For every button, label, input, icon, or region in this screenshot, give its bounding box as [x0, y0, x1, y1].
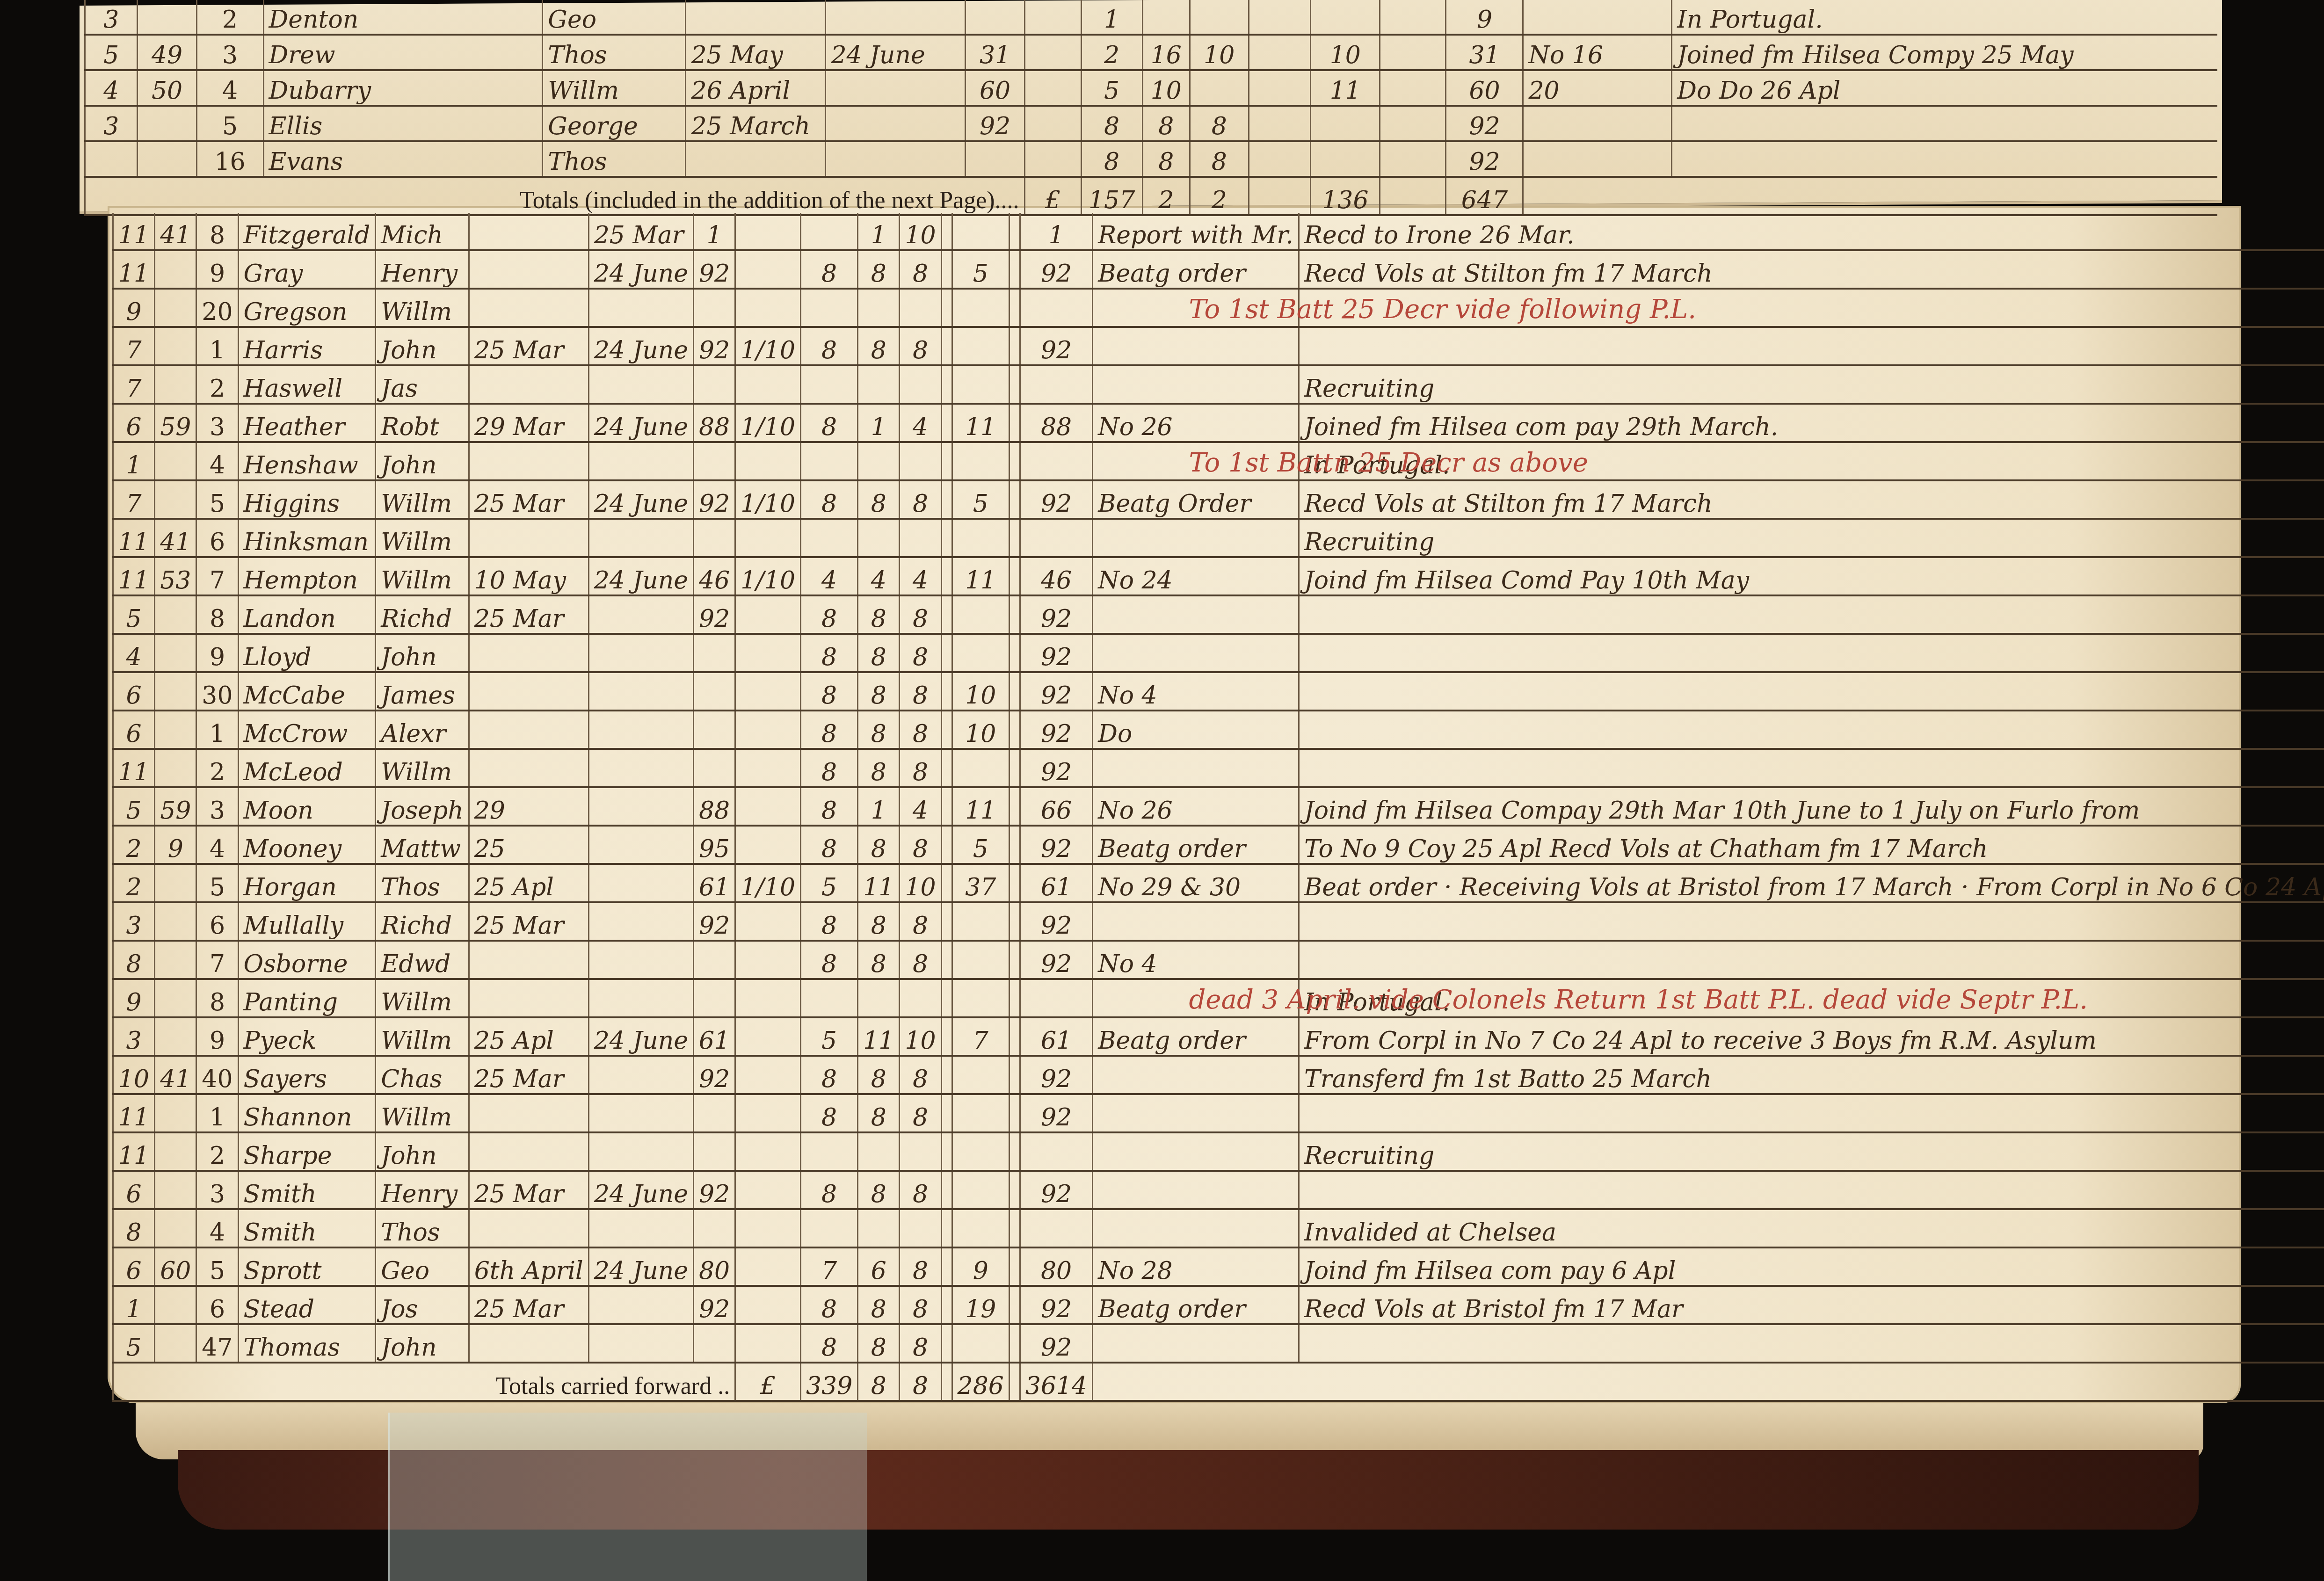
cell-days: [966, 141, 1024, 177]
cell-shillings: 8: [858, 826, 900, 864]
cell-ref: No 24: [1093, 557, 1299, 595]
cell-pence: 8: [1190, 141, 1249, 177]
cell-surname: Shannon: [238, 1094, 376, 1132]
cell-to: [588, 902, 693, 941]
cell-shillings: 8: [858, 480, 900, 519]
cell-ref: [1093, 519, 1299, 557]
cell-first: John: [376, 1132, 469, 1171]
cell-c4: 92: [1020, 1094, 1092, 1132]
cell-n2: 41: [155, 213, 196, 250]
cell-surname: Gregson: [238, 289, 376, 327]
cell-pence: 8: [900, 1247, 941, 1286]
cell-n2: [155, 1094, 196, 1132]
cell-pence: 4: [900, 557, 941, 595]
cell-pounds: [800, 442, 857, 480]
cell-no: 3: [196, 787, 238, 826]
cell-pence: 8: [900, 634, 941, 672]
cell-from: 25 Mar: [469, 902, 588, 941]
cell-first: Geo: [376, 1247, 469, 1286]
cell-n2: [155, 1324, 196, 1363]
cell-c4: 92: [1020, 826, 1092, 864]
cell-c2: [952, 1209, 1009, 1247]
cell-c3: [1009, 826, 1020, 864]
cell-first: Willm: [376, 289, 469, 327]
cell-remarks: Joind fm Hilsea com pay 6 Apl: [1299, 1247, 2324, 1286]
cell-c1: [941, 365, 952, 404]
cell-c2: [1311, 141, 1380, 177]
cell-days: 92: [694, 1171, 735, 1209]
cell-pence: [900, 1209, 941, 1247]
cell-pounds: 5: [1081, 70, 1142, 106]
total-c3: [1009, 1363, 1020, 1401]
cell-ref: [1523, 106, 1672, 141]
cell-first: Willm: [376, 979, 469, 1017]
cell-n1: 8: [113, 941, 155, 979]
cell-first: John: [376, 1324, 469, 1363]
cell-rate: [735, 1209, 801, 1247]
cell-days: 92: [694, 480, 735, 519]
cell-rate: [1024, 141, 1081, 177]
ledger-row: 112SharpeJohnRecruiting: [113, 1132, 2324, 1171]
cell-n1: 3: [113, 902, 155, 941]
cell-remarks: [1299, 941, 2324, 979]
ledger-row: 6593HeatherRobt29 Mar24 June881/10814118…: [113, 404, 2324, 442]
cell-pence: 8: [900, 711, 941, 749]
cell-rate: [735, 711, 801, 749]
cell-first: Chas: [376, 1056, 469, 1094]
cell-from: 25 May: [686, 35, 826, 70]
cell-c3: [1009, 404, 1020, 442]
cell-no: 3: [196, 404, 238, 442]
cell-c4: 66: [1020, 787, 1092, 826]
cell-shillings: 8: [1142, 106, 1190, 141]
cell-c2: 11: [1311, 70, 1380, 106]
cell-rate: [1024, 106, 1081, 141]
cell-first: Alexr: [376, 711, 469, 749]
cell-c2: [952, 749, 1009, 787]
cell-c2: [952, 1132, 1009, 1171]
cell-first: Willm: [376, 749, 469, 787]
cell-c3: [1380, 0, 1446, 35]
cell-surname: Hempton: [238, 557, 376, 595]
cell-first: Jas: [376, 365, 469, 404]
cell-days: 92: [694, 902, 735, 941]
cell-first: Mich: [376, 213, 469, 250]
cell-c4: 46: [1020, 557, 1092, 595]
cell-n1: 7: [113, 365, 155, 404]
cell-from: [469, 1209, 588, 1247]
cell-from: 25 Mar: [469, 1056, 588, 1094]
cell-ref: [1093, 749, 1299, 787]
cell-no: 3: [196, 35, 263, 70]
cell-from: [469, 711, 588, 749]
cell-to: [588, 711, 693, 749]
cell-n2: [155, 327, 196, 365]
cell-c4: 92: [1020, 672, 1092, 711]
cell-n1: 11: [113, 1132, 155, 1171]
cell-c3: [1009, 634, 1020, 672]
cell-to: 24 June: [588, 480, 693, 519]
ledger-row: 5593MoonJoseph29888141166No 26Joind fm H…: [113, 787, 2324, 826]
cell-c3: [1009, 327, 1020, 365]
cell-no: 8: [196, 595, 238, 634]
cell-n1: 7: [113, 327, 155, 365]
cell-pounds: 8: [800, 787, 857, 826]
cell-rate: [735, 1324, 801, 1363]
cell-from: [469, 289, 588, 327]
total-c1: [1249, 177, 1311, 215]
cell-rate: [735, 595, 801, 634]
cell-n1: 3: [113, 1017, 155, 1056]
cell-shillings: 8: [858, 250, 900, 289]
cell-c1: [941, 1286, 952, 1324]
cell-to: [588, 826, 693, 864]
cell-c3: [1009, 595, 1020, 634]
cell-c1: [941, 289, 952, 327]
cell-c4: 92: [1446, 106, 1523, 141]
cell-shillings: 10: [1142, 70, 1190, 106]
cell-ref: No 26: [1093, 787, 1299, 826]
cell-c1: [1249, 106, 1311, 141]
total-c2: 136: [1311, 177, 1380, 215]
cell-c2: 10: [952, 672, 1009, 711]
ledger-row: 4504DubarryWillm26 April60510116020Do Do…: [85, 70, 2218, 106]
cell-first: Robt: [376, 404, 469, 442]
cell-c1: [941, 711, 952, 749]
cell-no: 16: [196, 141, 263, 177]
cell-n2: 59: [155, 404, 196, 442]
cell-c3: [1009, 672, 1020, 711]
cell-no: 1: [196, 711, 238, 749]
cell-days: 92: [694, 250, 735, 289]
cell-c2: [952, 979, 1009, 1017]
cell-first: James: [376, 672, 469, 711]
cell-pence: 4: [900, 787, 941, 826]
cell-pounds: 8: [800, 595, 857, 634]
cell-rate: [735, 1056, 801, 1094]
cell-n2: [155, 749, 196, 787]
cell-from: 25 Mar: [469, 1286, 588, 1324]
cell-c1: [941, 1247, 952, 1286]
cell-c3: [1380, 106, 1446, 141]
cell-surname: Moon: [238, 787, 376, 826]
ledger-row: 119GrayHenry24 June92888592Beatg orderRe…: [113, 250, 2324, 289]
cell-to: 24 June: [588, 1247, 693, 1286]
cell-n2: [155, 941, 196, 979]
cell-to: [588, 1056, 693, 1094]
ledger-row: 104140SayersChas25 Mar9288892Transferd f…: [113, 1056, 2324, 1094]
cell-remarks: In Portugal.: [1672, 0, 2217, 35]
cell-from: [469, 442, 588, 480]
cell-pounds: [800, 365, 857, 404]
cell-from: 26 April: [686, 70, 826, 106]
cell-rate: [735, 365, 801, 404]
cell-n1: 6: [113, 404, 155, 442]
cell-from: [469, 213, 588, 250]
cell-ref: No 28: [1093, 1247, 1299, 1286]
cell-surname: Sprott: [238, 1247, 376, 1286]
cell-days: 46: [694, 557, 735, 595]
cell-c4: 1: [1020, 213, 1092, 250]
cell-pounds: [800, 979, 857, 1017]
cell-c4: [1020, 442, 1092, 480]
cell-surname: Smith: [238, 1171, 376, 1209]
cell-days: dead 3 April. vide Colonels Return 1st B…: [694, 979, 735, 1017]
cell-n2: [155, 634, 196, 672]
cell-surname: Evans: [263, 141, 543, 177]
cell-shillings: 8: [858, 902, 900, 941]
cell-shillings: 16: [1142, 35, 1190, 70]
cell-ref: [1093, 327, 1299, 365]
cell-n1: 11: [113, 250, 155, 289]
ledger-row: 36MullallyRichd25 Mar9288892: [113, 902, 2324, 941]
cell-pence: 10: [900, 213, 941, 250]
cell-to: [588, 1132, 693, 1171]
cell-c1: [941, 634, 952, 672]
cell-c3: [1009, 1132, 1020, 1171]
cell-remarks: Transferd fm 1st Batto 25 March: [1299, 1056, 2324, 1094]
cell-pounds: 8: [800, 480, 857, 519]
cell-c3: [1009, 213, 1020, 250]
cell-n2: [155, 1209, 196, 1247]
cell-no: 7: [196, 557, 238, 595]
cell-remarks: Invalided at Chelsea: [1299, 1209, 2324, 1247]
cell-pounds: 8: [800, 327, 857, 365]
cell-pence: 10: [900, 1017, 941, 1056]
cell-surname: Higgins: [238, 480, 376, 519]
cell-shillings: 8: [858, 1324, 900, 1363]
ledger-row: 11537HemptonWillm10 May24 June461/104441…: [113, 557, 2324, 595]
cell-ref: [1093, 1094, 1299, 1132]
cell-ref: [1093, 1324, 1299, 1363]
cell-from: 25: [469, 826, 588, 864]
cell-shillings: 6: [858, 1247, 900, 1286]
cell-c3: [1380, 141, 1446, 177]
blank-cell: [1093, 1363, 2324, 1401]
cell-days: 1: [694, 213, 735, 250]
cell-c4: 61: [1020, 864, 1092, 902]
cell-pounds: [800, 1209, 857, 1247]
cell-c3: [1009, 941, 1020, 979]
ledger-row: 630McCabeJames8881092No 4: [113, 672, 2324, 711]
cell-c4: 92: [1020, 941, 1092, 979]
cell-c1: [941, 557, 952, 595]
cell-surname: Landon: [238, 595, 376, 634]
cell-pence: 10: [900, 864, 941, 902]
cell-remarks: [1299, 902, 2324, 941]
cell-to: [588, 1209, 693, 1247]
cell-rate: 1/10: [735, 404, 801, 442]
cell-to: [826, 0, 966, 35]
cell-no: 9: [196, 1017, 238, 1056]
cell-pence: [1190, 70, 1249, 106]
cell-n2: [155, 672, 196, 711]
cell-surname: Mooney: [238, 826, 376, 864]
cell-first: Thos: [543, 141, 686, 177]
cell-surname: Sayers: [238, 1056, 376, 1094]
previous-page-table: 32DentonGeo19In Portugal.5493DrewThos25 …: [84, 0, 2217, 216]
cell-shillings: 8: [858, 749, 900, 787]
cell-c4: 92: [1020, 480, 1092, 519]
cell-no: 8: [196, 979, 238, 1017]
cell-from: 25 Mar: [469, 1171, 588, 1209]
cell-to: [588, 365, 693, 404]
cell-c2: [1311, 106, 1380, 141]
cell-c1: [1249, 141, 1311, 177]
cell-surname: Denton: [263, 0, 543, 35]
cell-n2: [155, 902, 196, 941]
cell-c3: [1009, 1056, 1020, 1094]
cell-first: Willm: [376, 1094, 469, 1132]
cell-n1: 11: [113, 519, 155, 557]
cell-pounds: [800, 519, 857, 557]
cell-from: [469, 519, 588, 557]
cell-n1: 1: [113, 442, 155, 480]
cell-first: Geo: [543, 0, 686, 35]
cell-surname: Haswell: [238, 365, 376, 404]
cell-rate: [735, 1171, 801, 1209]
cell-rate: [735, 1286, 801, 1324]
cell-from: 29 Mar: [469, 404, 588, 442]
cell-c1: [1249, 70, 1311, 106]
cell-ref: [1523, 0, 1672, 35]
cell-rate: [735, 519, 801, 557]
cell-pence: [900, 442, 941, 480]
cell-rate: [1024, 70, 1081, 106]
cell-no: 9: [196, 250, 238, 289]
ledger-row: 32DentonGeo19In Portugal.: [85, 0, 2218, 35]
ledger-row: 61McCrowAlexr8881092Do: [113, 711, 2324, 749]
cell-ref: Do: [1093, 711, 1299, 749]
cell-n1: 5: [85, 35, 138, 70]
cell-no: 4: [196, 442, 238, 480]
cell-c4: 80: [1020, 1247, 1092, 1286]
cell-shillings: 8: [858, 1171, 900, 1209]
cell-c2: [952, 1094, 1009, 1132]
cell-n2: [155, 442, 196, 480]
cell-days: 92: [694, 595, 735, 634]
total-c1: [941, 1363, 952, 1401]
cell-n2: [155, 979, 196, 1017]
cell-from: 25 Apl: [469, 1017, 588, 1056]
cell-surname: Horgan: [238, 864, 376, 902]
cell-pounds: 8: [800, 1094, 857, 1132]
cell-surname: Gray: [238, 250, 376, 289]
cell-ref: [1093, 1132, 1299, 1171]
cell-shillings: [858, 1132, 900, 1171]
cell-no: 4: [196, 70, 263, 106]
cell-n2: [155, 711, 196, 749]
ledger-row: 72HaswellJasRecruiting: [113, 365, 2324, 404]
cell-c1: [941, 1171, 952, 1209]
cell-remarks: Joind fm Hilsea Compay 29th Mar 10th Jun…: [1299, 787, 2324, 826]
cell-no: 6: [196, 1286, 238, 1324]
cell-remarks: [1299, 1094, 2324, 1132]
cell-c4: 92: [1020, 1056, 1092, 1094]
cell-c4: [1020, 365, 1092, 404]
cell-c2: [952, 213, 1009, 250]
cell-c1: [941, 442, 952, 480]
cell-no: 8: [196, 213, 238, 250]
cell-rate: [735, 1094, 801, 1132]
cell-shillings: 11: [858, 864, 900, 902]
cell-pence: 8: [900, 327, 941, 365]
cell-shillings: [858, 442, 900, 480]
cell-first: Willm: [376, 480, 469, 519]
cell-c4: 9: [1446, 0, 1523, 35]
cell-ref: [1093, 902, 1299, 941]
ledger-row: 39PyeckWillm25 Apl24 June6151110761Beatg…: [113, 1017, 2324, 1056]
cell-rate: [735, 979, 801, 1017]
cell-n2: 49: [138, 35, 196, 70]
cell-c3: [1009, 749, 1020, 787]
cell-pounds: 5: [800, 1017, 857, 1056]
cell-c3: [1009, 519, 1020, 557]
cell-days: [694, 749, 735, 787]
cell-from: [469, 365, 588, 404]
cell-n2: [155, 250, 196, 289]
cell-c2: 7: [952, 1017, 1009, 1056]
cell-days: 88: [694, 787, 735, 826]
cell-shillings: 8: [858, 634, 900, 672]
cell-n1: 5: [113, 787, 155, 826]
cell-ref: [1093, 634, 1299, 672]
cell-no: 4: [196, 826, 238, 864]
cell-no: 5: [196, 864, 238, 902]
cell-days: 92: [694, 327, 735, 365]
currency-symbol: £: [1024, 177, 1081, 215]
cell-c4: 92: [1020, 1324, 1092, 1363]
cell-c1: [941, 979, 952, 1017]
cell-ref: No 4: [1093, 672, 1299, 711]
cell-shillings: 8: [858, 711, 900, 749]
cell-first: Richd: [376, 902, 469, 941]
cell-c2: [952, 941, 1009, 979]
cell-n2: 41: [155, 519, 196, 557]
cell-to: [588, 749, 693, 787]
cell-c4: [1020, 1209, 1092, 1247]
total-pounds: 157: [1081, 177, 1142, 215]
cell-pence: 8: [900, 1056, 941, 1094]
cell-to: [588, 1286, 693, 1324]
cell-from: 25 Mar: [469, 480, 588, 519]
cell-remarks: Recruiting: [1299, 1132, 2324, 1171]
cell-n1: 11: [113, 213, 155, 250]
cell-n1: 8: [113, 1209, 155, 1247]
cell-first: George: [543, 106, 686, 141]
ledger-row: 58LandonRichd25 Mar9288892: [113, 595, 2324, 634]
ledger-row: 98PantingWillmdead 3 April. vide Colonel…: [113, 979, 2324, 1017]
cell-ref: Beatg order: [1093, 250, 1299, 289]
cell-c2: 19: [952, 1286, 1009, 1324]
cell-shillings: 8: [1142, 141, 1190, 177]
cell-remarks: [1299, 327, 2324, 365]
cell-shillings: [858, 519, 900, 557]
cell-remarks: Recruiting: [1299, 365, 2324, 404]
cell-from: [469, 1094, 588, 1132]
cell-pounds: 8: [1081, 106, 1142, 141]
cell-first: Joseph: [376, 787, 469, 826]
cell-n1: 6: [113, 1171, 155, 1209]
total-c4: 647: [1446, 177, 1523, 215]
cell-n2: [155, 1286, 196, 1324]
cell-c4: 92: [1020, 327, 1092, 365]
cell-c1: [941, 327, 952, 365]
cell-remarks: Recd Vols at Stilton fm 17 March: [1299, 250, 2324, 289]
cell-ref: [1093, 365, 1299, 404]
ledger-row: 547ThomasJohn88892: [113, 1324, 2324, 1363]
cell-to: 24 June: [826, 35, 966, 70]
